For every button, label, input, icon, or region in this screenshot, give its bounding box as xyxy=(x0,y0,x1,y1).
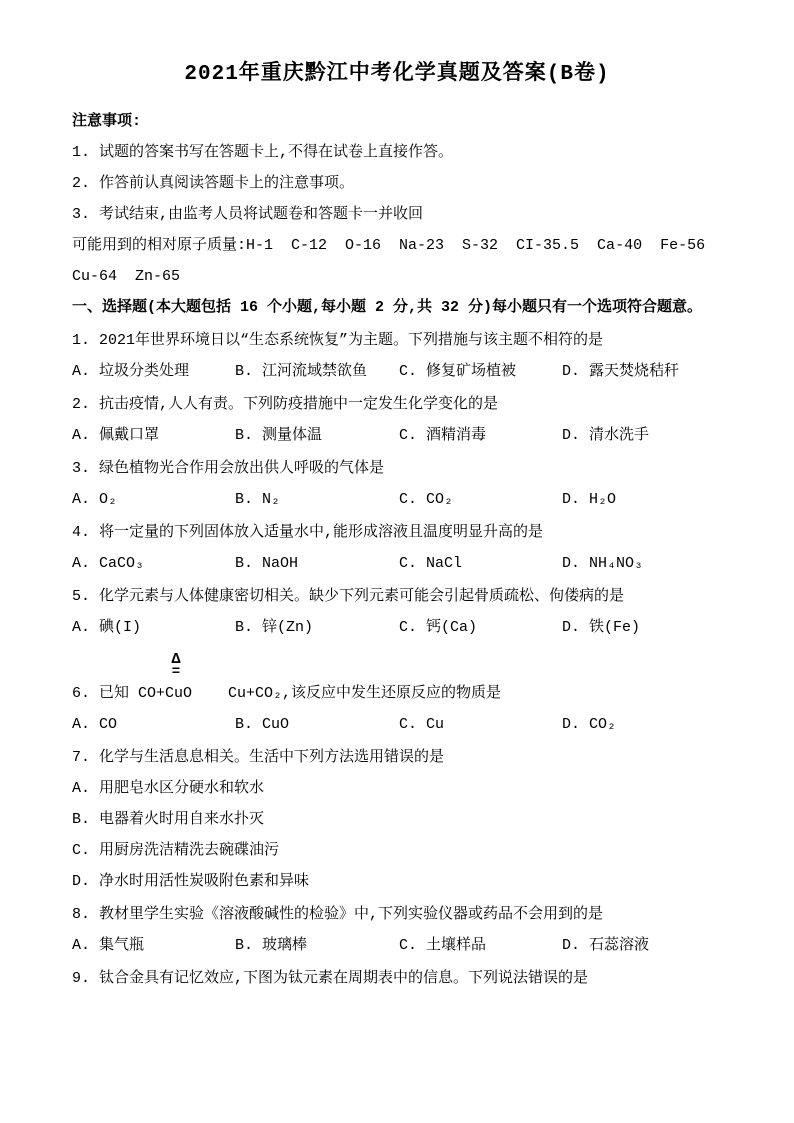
option-a: A. 垃圾分类处理 xyxy=(72,356,235,387)
exam-body: 注意事项: 1. 试题的答案书写在答题卡上,不得在试卷上直接作答。 2. 作答前… xyxy=(0,92,794,994)
question-4-stem: 4. 将一定量的下列固体放入适量水中,能形成溶液且温度明显升高的是 xyxy=(72,517,748,548)
notice-item-3: 3. 考试结束,由监考人员将试题卷和答题卡一并收回 xyxy=(72,199,748,230)
question-7-stem: 7. 化学与生活息息相关。生活中下列方法选用错误的是 xyxy=(72,742,748,773)
notice-item-1: 1. 试题的答案书写在答题卡上,不得在试卷上直接作答。 xyxy=(72,137,748,168)
question-5: 5. 化学元素与人体健康密切相关。缺少下列元素可能会引起骨质疏松、佝偻病的是 A… xyxy=(72,581,748,643)
question-8: 8. 教材里学生实验《溶液酸碱性的检验》中,下列实验仪器或药品不会用到的是 A.… xyxy=(72,899,748,961)
option-c: C. Cu xyxy=(399,709,562,740)
question-8-options: A. 集气瓶 B. 玻璃棒 C. 土壤样品 D. 石蕊溶液 xyxy=(72,930,748,961)
option-b: B. 测量体温 xyxy=(235,420,399,451)
question-4-options: A. CaCO₃ B. NaOH C. NaCl D. NH₄NO₃ xyxy=(72,548,748,579)
option-a: A. 集气瓶 xyxy=(72,930,235,961)
option-b: B. CuO xyxy=(235,709,399,740)
question-4: 4. 将一定量的下列固体放入适量水中,能形成溶液且温度明显升高的是 A. CaC… xyxy=(72,517,748,579)
question-3-stem: 3. 绿色植物光合作用会放出供人呼吸的气体是 xyxy=(72,453,748,484)
option-c: C. NaCl xyxy=(399,548,562,579)
question-1-options: A. 垃圾分类处理 B. 江河流域禁欲鱼 C. 修复矿场植被 D. 露天焚烧秸秆 xyxy=(72,356,748,387)
question-7: 7. 化学与生活息息相关。生活中下列方法选用错误的是 A. 用肥皂水区分硬水和软… xyxy=(72,742,748,897)
option-d: D. CO₂ xyxy=(562,709,748,740)
section-header: 一、选择题(本大题包括 16 个小题,每小题 2 分,共 32 分)每小题只有一… xyxy=(72,292,748,323)
question-6: Δ = 6. 已知 CO+CuO Cu+CO₂,该反应中发生还原反应的物质是 A… xyxy=(72,645,748,740)
question-2: 2. 抗击疫情,人人有责。下列防疫措施中一定发生化学变化的是 A. 佩戴口罩 B… xyxy=(72,389,748,451)
option-d: D. 铁(Fe) xyxy=(562,612,748,643)
option-b: B. 电器着火时用自来水扑灭 xyxy=(72,804,748,835)
exam-document-page: 2021年重庆黔江中考化学真题及答案(B卷) 注意事项: 1. 试题的答案书写在… xyxy=(0,0,794,1123)
equation-condition: Δ = xyxy=(72,645,748,678)
option-b: B. 江河流域禁欲鱼 xyxy=(235,356,399,387)
option-b: B. 玻璃棒 xyxy=(235,930,399,961)
option-a: A. 佩戴口罩 xyxy=(72,420,235,451)
option-d: D. 石蕊溶液 xyxy=(562,930,748,961)
option-a: A. CaCO₃ xyxy=(72,548,235,579)
question-2-stem: 2. 抗击疫情,人人有责。下列防疫措施中一定发生化学变化的是 xyxy=(72,389,748,420)
question-9-stem: 9. 钛合金具有记忆效应,下图为钛元素在周期表中的信息。下列说法错误的是 xyxy=(72,963,748,994)
question-5-stem: 5. 化学元素与人体健康密切相关。缺少下列元素可能会引起骨质疏松、佝偻病的是 xyxy=(72,581,748,612)
option-d: D. 露天焚烧秸秆 xyxy=(562,356,748,387)
option-d: D. 净水时用活性炭吸附色素和异味 xyxy=(72,866,748,897)
option-a: A. CO xyxy=(72,709,235,740)
option-c: C. 酒精消毒 xyxy=(399,420,562,451)
option-d: D. H₂O xyxy=(562,484,748,515)
question-6-options: A. CO B. CuO C. Cu D. CO₂ xyxy=(72,709,748,740)
notice-item-2: 2. 作答前认真阅读答题卡上的注意事项。 xyxy=(72,168,748,199)
question-9: 9. 钛合金具有记忆效应,下图为钛元素在周期表中的信息。下列说法错误的是 xyxy=(72,963,748,994)
option-b: B. N₂ xyxy=(235,484,399,515)
question-6-stem: 6. 已知 CO+CuO Cu+CO₂,该反应中发生还原反应的物质是 xyxy=(72,678,748,709)
option-b: B. NaOH xyxy=(235,548,399,579)
option-c: C. 修复矿场植被 xyxy=(399,356,562,387)
option-a: A. 用肥皂水区分硬水和软水 xyxy=(72,773,748,804)
question-3-options: A. O₂ B. N₂ C. CO₂ D. H₂O xyxy=(72,484,748,515)
atomic-mass-line: 可能用到的相对原子质量:H-1 C-12 O-16 Na-23 S-32 CI-… xyxy=(72,230,748,292)
option-b: B. 锌(Zn) xyxy=(235,612,399,643)
option-d: D. NH₄NO₃ xyxy=(562,548,748,579)
equals-symbol: = xyxy=(168,667,184,678)
question-3: 3. 绿色植物光合作用会放出供人呼吸的气体是 A. O₂ B. N₂ C. CO… xyxy=(72,453,748,515)
option-a: A. O₂ xyxy=(72,484,235,515)
question-5-options: A. 碘(I) B. 锌(Zn) C. 钙(Ca) D. 铁(Fe) xyxy=(72,612,748,643)
option-c: C. CO₂ xyxy=(399,484,562,515)
option-c: C. 用厨房洗洁精洗去碗碟油污 xyxy=(72,835,748,866)
question-8-stem: 8. 教材里学生实验《溶液酸碱性的检验》中,下列实验仪器或药品不会用到的是 xyxy=(72,899,748,930)
notice-heading: 注意事项: xyxy=(72,106,748,137)
question-1: 1. 2021年世界环境日以“生态系统恢复”为主题。下列措施与该主题不相符的是 … xyxy=(72,325,748,387)
option-c: C. 土壤样品 xyxy=(399,930,562,961)
question-2-options: A. 佩戴口罩 B. 测量体温 C. 酒精消毒 D. 清水洗手 xyxy=(72,420,748,451)
option-c: C. 钙(Ca) xyxy=(399,612,562,643)
option-a: A. 碘(I) xyxy=(72,612,235,643)
exam-title: 2021年重庆黔江中考化学真题及答案(B卷) xyxy=(0,0,794,92)
option-d: D. 清水洗手 xyxy=(562,420,748,451)
question-1-stem: 1. 2021年世界环境日以“生态系统恢复”为主题。下列措施与该主题不相符的是 xyxy=(72,325,748,356)
